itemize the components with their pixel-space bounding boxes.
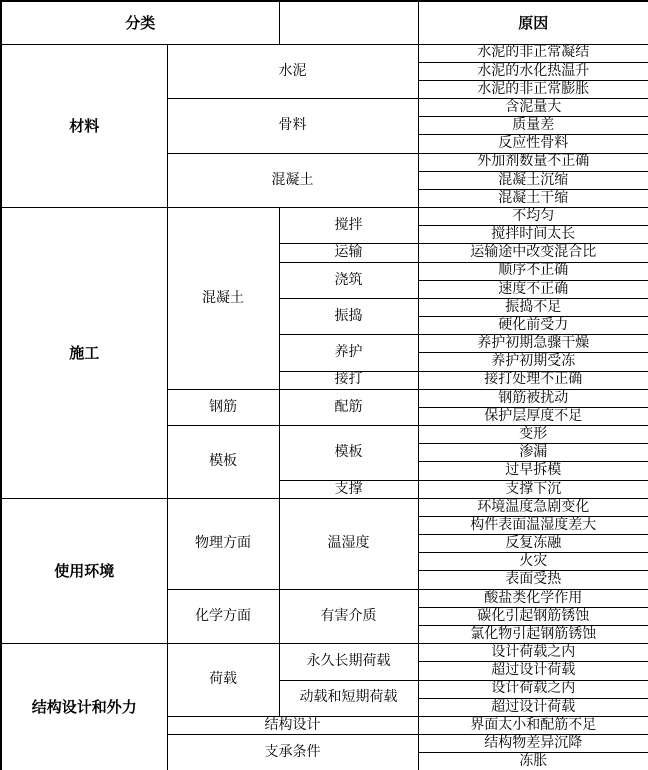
reason-cell: 混凝土沉缩 [418, 171, 648, 189]
reason-cell: 水泥的非正常凝结 [418, 44, 648, 62]
subcategory-cell-mixing: 搅拌 [279, 208, 418, 244]
reason-cell: 碳化引起钢筋锈蚀 [418, 607, 648, 625]
table-row: 材料水泥水泥的非正常凝结 [1, 44, 648, 62]
reason-cell: 超过设计荷载 [418, 662, 648, 680]
subcategory-cell-harmful-media: 有害介质 [279, 589, 418, 644]
category-header-cell: 分类 [1, 1, 279, 44]
reason-cell: 含泥量大 [418, 99, 648, 117]
section-cell-material: 材料 [1, 44, 167, 208]
subcategory-cell-transport: 运输 [279, 244, 418, 262]
category-cell-physical: 物理方面 [167, 498, 279, 589]
document-page: 分类 原因 材料水泥水泥的非正常凝结水泥的水化热温升水泥的非正常膨胀骨料含泥量大… [0, 0, 648, 770]
reason-cell: 不均匀 [418, 208, 648, 226]
category-cell-support-condition: 支承条件 [167, 735, 418, 770]
reason-cell: 振捣不足 [418, 298, 648, 316]
header-row: 分类 原因 [1, 1, 648, 44]
subcategory-cell-pouring: 浇筑 [279, 262, 418, 298]
category-cell-aggregate: 骨料 [167, 99, 418, 154]
table-row: 结构设计和外力荷载永久长期荷载设计荷载之内 [1, 644, 648, 662]
category-cell-cement: 水泥 [167, 44, 418, 99]
reason-cell: 顺序不正确 [418, 262, 648, 280]
reason-cell: 结构物差异沉降 [418, 735, 648, 753]
reason-cell: 设计荷载之内 [418, 680, 648, 698]
empty-header-cell [279, 1, 418, 44]
reason-cell: 水泥的水化热温升 [418, 62, 648, 80]
subcategory-cell-dynamic-load: 动载和短期荷载 [279, 680, 418, 716]
reason-cell: 界面太小和配筋不足 [418, 716, 648, 734]
category-cell-concrete: 混凝土 [167, 208, 279, 390]
section-cell-design-force: 结构设计和外力 [1, 644, 167, 770]
defect-cause-table: 分类 原因 材料水泥水泥的非正常凝结水泥的水化热温升水泥的非正常膨胀骨料含泥量大… [0, 0, 648, 770]
reason-cell: 设计荷载之内 [418, 644, 648, 662]
reason-cell: 水泥的非正常膨胀 [418, 80, 648, 98]
subcategory-cell-permanent-load: 永久长期荷载 [279, 644, 418, 680]
reason-cell: 冻胀 [418, 753, 648, 770]
reason-cell: 养护初期受冻 [418, 353, 648, 371]
reason-cell: 火灾 [418, 553, 648, 571]
category-cell-concrete: 混凝土 [167, 153, 418, 208]
category-cell-formwork: 模板 [167, 426, 279, 499]
subcategory-cell-reinforcement: 配筋 [279, 389, 418, 425]
reason-cell: 酸盐类化学作用 [418, 589, 648, 607]
section-cell-environment: 使用环境 [1, 498, 167, 643]
reason-cell: 环境温度急剧变化 [418, 498, 648, 516]
reason-cell: 表面受热 [418, 571, 648, 589]
section-cell-construction: 施工 [1, 208, 167, 499]
subcategory-cell-joint: 接打 [279, 371, 418, 389]
category-cell-structural-design: 结构设计 [167, 716, 418, 734]
table-body: 材料水泥水泥的非正常凝结水泥的水化热温升水泥的非正常膨胀骨料含泥量大质量差反应性… [1, 44, 648, 770]
reason-cell: 渗漏 [418, 444, 648, 462]
reason-cell: 支撑下沉 [418, 480, 648, 498]
subcategory-cell-vibration: 振捣 [279, 298, 418, 334]
category-cell-load: 荷载 [167, 644, 279, 717]
subcategory-cell-curing: 养护 [279, 335, 418, 371]
category-cell-rebar: 钢筋 [167, 389, 279, 425]
reason-cell: 混凝土干缩 [418, 189, 648, 207]
reason-cell: 接打处理不正确 [418, 371, 648, 389]
subcategory-cell-support: 支撑 [279, 480, 418, 498]
reason-cell: 保护层厚度不足 [418, 407, 648, 425]
reason-cell: 氯化物引起钢筋锈蚀 [418, 626, 648, 644]
reason-cell: 变形 [418, 426, 648, 444]
reason-cell: 速度不正确 [418, 280, 648, 298]
reason-cell: 超过设计荷载 [418, 698, 648, 716]
table-row: 施工混凝土搅拌不均匀 [1, 208, 648, 226]
table-row: 使用环境物理方面温湿度环境温度急剧变化 [1, 498, 648, 516]
reason-cell: 质量差 [418, 117, 648, 135]
reason-cell: 运输途中改变混合比 [418, 244, 648, 262]
reason-cell: 构件表面温湿度差大 [418, 516, 648, 534]
reason-cell: 硬化前受力 [418, 317, 648, 335]
subcategory-cell-temp-humidity: 温湿度 [279, 498, 418, 589]
reason-cell: 外加剂数量不正确 [418, 153, 648, 171]
subcategory-cell-formwork: 模板 [279, 426, 418, 481]
reason-cell: 搅拌时间太长 [418, 226, 648, 244]
reason-cell: 反应性骨料 [418, 135, 648, 153]
reason-cell: 钢筋被扰动 [418, 389, 648, 407]
category-cell-chemical: 化学方面 [167, 589, 279, 644]
reason-cell: 过早拆模 [418, 462, 648, 480]
reason-cell: 反复冻融 [418, 535, 648, 553]
reason-header-cell: 原因 [418, 1, 648, 44]
reason-cell: 养护初期急骤干燥 [418, 335, 648, 353]
